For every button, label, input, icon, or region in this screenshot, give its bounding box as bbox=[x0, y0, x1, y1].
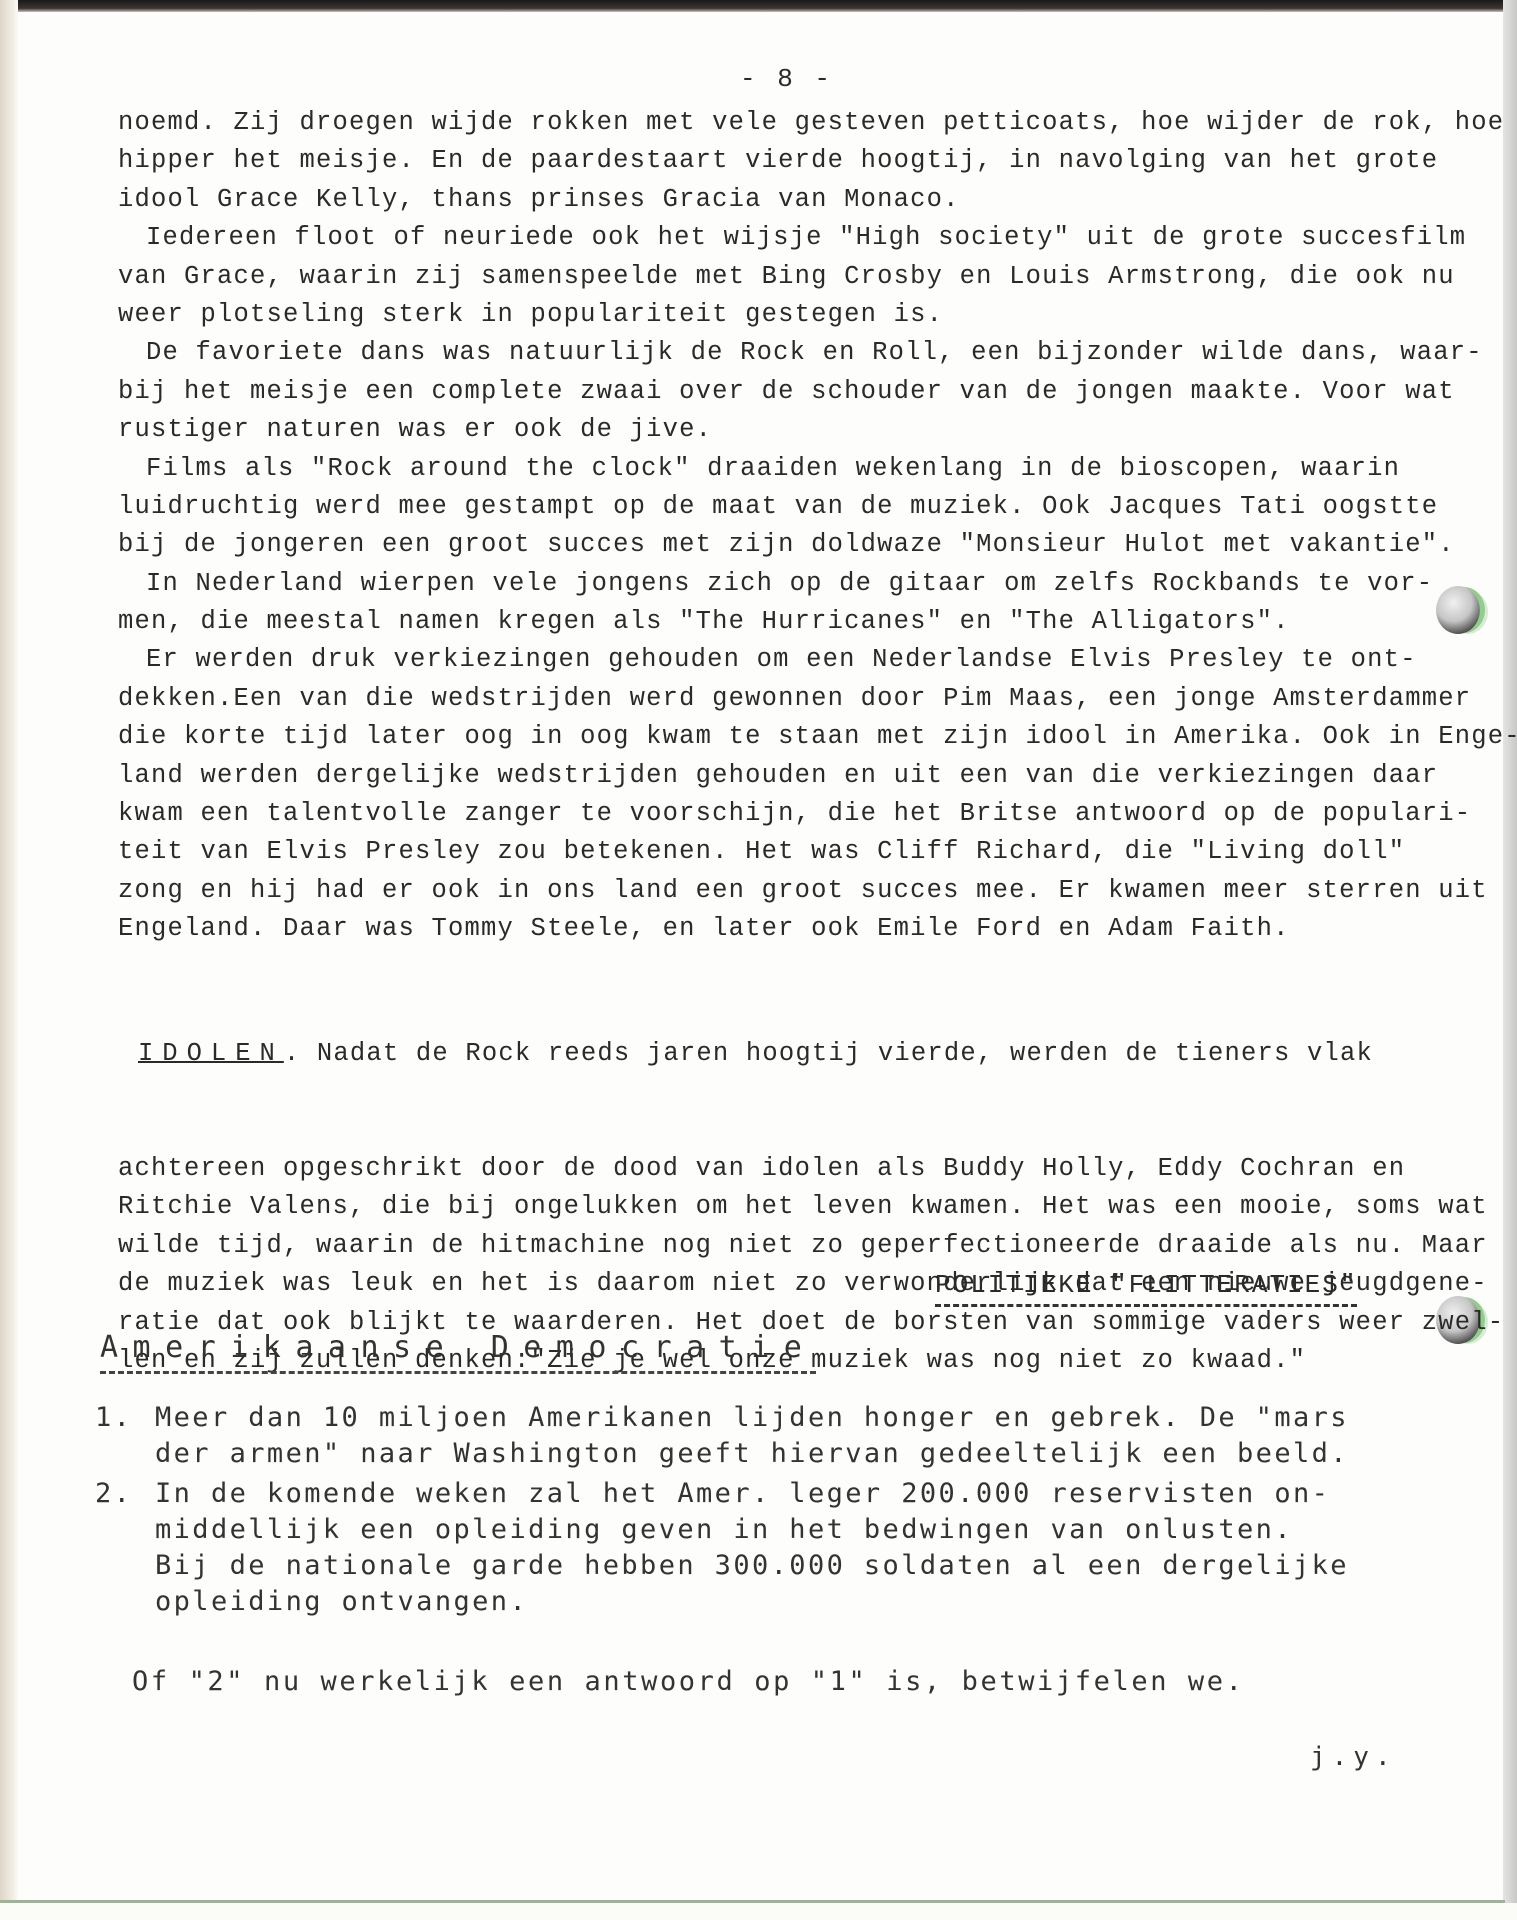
politiek-column-heading: POLITIEKE "FLITTERATIES" bbox=[935, 1270, 1357, 1307]
idolen-line: achtereen opgeschrikt door de dood van i… bbox=[118, 1150, 1418, 1188]
scan-bottom-margin bbox=[0, 1903, 1517, 1920]
article-line: weer plotseling sterk in populariteit ge… bbox=[118, 296, 1418, 334]
article-line: noemd. Zij droegen wijde rokken met vele… bbox=[118, 104, 1418, 142]
article-line: dekken.Een van die wedstrijden werd gewo… bbox=[118, 680, 1418, 718]
article-line: bij de jongeren een groot succes met zij… bbox=[118, 526, 1418, 564]
article-line: De favoriete dans was natuurlijk de Rock… bbox=[118, 334, 1418, 372]
idolen-line: wilde tijd, waarin de hitmachine nog nie… bbox=[118, 1227, 1418, 1265]
idolen-heading: IDOLEN bbox=[138, 1039, 284, 1068]
article-line: men, die meestal namen kregen als "The H… bbox=[118, 603, 1418, 641]
list-item-number: 2. bbox=[95, 1476, 132, 1512]
list-item-number: 1. bbox=[95, 1400, 132, 1436]
scan-left-edge bbox=[0, 0, 18, 1920]
list-item-line: opleiding ontvangen. bbox=[155, 1584, 1455, 1620]
author-signature: j.y. bbox=[1310, 1742, 1397, 1772]
list-item: 2.In de komende weken zal het Amer. lege… bbox=[95, 1476, 1455, 1620]
scan-top-edge bbox=[0, 0, 1517, 12]
list-item: 1.Meer dan 10 miljoen Amerikanen lijden … bbox=[95, 1400, 1455, 1472]
list-item-line: der armen" naar Washington geeft hiervan… bbox=[155, 1436, 1455, 1472]
idolen-first-line: . Nadat de Rock reeds jaren hoogtij vier… bbox=[284, 1039, 1373, 1068]
article-line: rustiger naturen was er ook de jive. bbox=[118, 411, 1418, 449]
list-item-line: Bij de nationale garde hebben 300.000 so… bbox=[155, 1548, 1455, 1584]
article-line: idool Grace Kelly, thans prinses Gracia … bbox=[118, 181, 1418, 219]
article-line: land werden dergelijke wedstrijden gehou… bbox=[118, 757, 1418, 795]
page-number: - 8 - bbox=[740, 64, 833, 94]
article-line: die korte tijd later oog in oog kwam te … bbox=[118, 718, 1418, 756]
binder-hole-icon bbox=[1436, 586, 1480, 634]
article-line: In Nederland wierpen vele jongens zich o… bbox=[118, 565, 1418, 603]
article-line: bij het meisje een complete zwaai over d… bbox=[118, 373, 1418, 411]
list-item-line: In de komende weken zal het Amer. leger … bbox=[155, 1476, 1455, 1512]
article-line: Engeland. Daar was Tommy Steele, en late… bbox=[118, 910, 1418, 948]
article-line: hipper het meisje. En de paardestaart vi… bbox=[118, 142, 1418, 180]
article-line: van Grace, waarin zij samenspeelde met B… bbox=[118, 258, 1418, 296]
article-line: luidruchtig werd mee gestampt op de maat… bbox=[118, 488, 1418, 526]
conclusion-text: Of "2" nu werkelijk een antwoord op "1" … bbox=[132, 1666, 1244, 1697]
article-line: Er werden druk verkiezingen gehouden om … bbox=[118, 641, 1418, 679]
idolen-line: Ritchie Valens, die bij ongelukken om he… bbox=[118, 1188, 1418, 1226]
article-line: zong en hij had er ook in ons land een g… bbox=[118, 872, 1418, 910]
numbered-list: 1.Meer dan 10 miljoen Amerikanen lijden … bbox=[95, 1400, 1455, 1624]
article-line: Iedereen floot of neuriede ook het wijsj… bbox=[118, 219, 1418, 257]
scan-right-edge bbox=[1503, 0, 1517, 1920]
article-line: teit van Elvis Presley zou betekenen. He… bbox=[118, 833, 1418, 871]
list-item-line: Meer dan 10 miljoen Amerikanen lijden ho… bbox=[155, 1400, 1455, 1436]
article-line: Films als "Rock around the clock" draaid… bbox=[118, 450, 1418, 488]
list-item-line: middellijk een opleiding geven in het be… bbox=[155, 1512, 1455, 1548]
article-body: noemd. Zij droegen wijde rokken met vele… bbox=[118, 104, 1418, 949]
article-line: kwam een talentvolle zanger te voorschij… bbox=[118, 795, 1418, 833]
section-title: Amerikaanse Democratie bbox=[100, 1330, 816, 1374]
